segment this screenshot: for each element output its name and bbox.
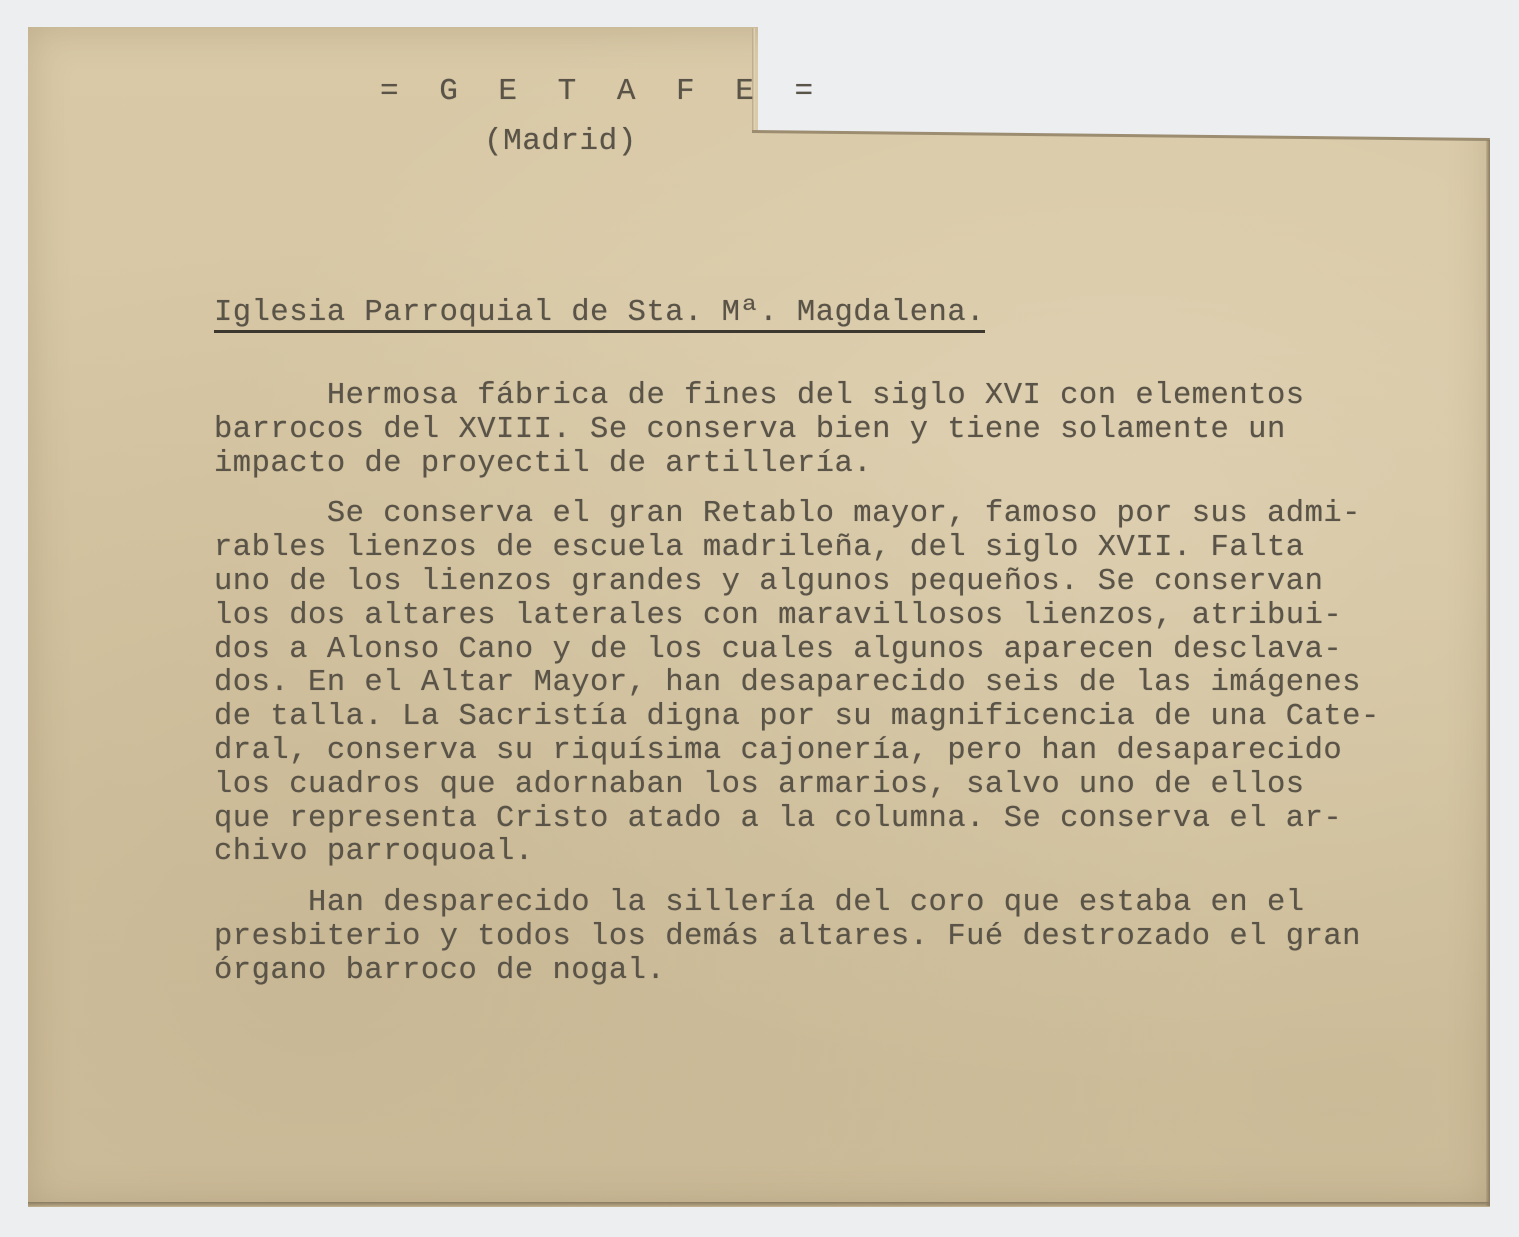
text-line: Han desparecido la sillería del coro que…: [214, 887, 1504, 921]
text-line: rables lienzos de escuela madrileña, del…: [214, 532, 1504, 566]
paragraph-2: Se conserva el gran Retablo mayor, famos…: [214, 498, 1504, 870]
paragraph-1: Hermosa fábrica de fines del siglo XVI c…: [214, 380, 1504, 481]
text-line: Hermosa fábrica de fines del siglo XVI c…: [214, 380, 1504, 414]
text-line: barrocos del XVIII. Se conserva bien y t…: [214, 414, 1504, 448]
text-line: los cuadros que adornaban los armarios, …: [214, 769, 1504, 803]
text-line: uno de los lienzos grandes y algunos peq…: [214, 566, 1504, 600]
text-line: los dos altares laterales con maravillos…: [214, 600, 1504, 634]
card-bottom-edge: [28, 1202, 1490, 1206]
province-subtitle: (Madrid): [484, 124, 637, 159]
document-body: Hermosa fábrica de fines del siglo XVI c…: [214, 380, 1504, 1006]
text-line: que representa Cristo atado a la columna…: [214, 803, 1504, 837]
text-line: dos a Alonso Cano y de los cuales alguno…: [214, 634, 1504, 668]
text-line: impacto de proyectil de artillería.: [214, 448, 1504, 482]
church-heading: Iglesia Parroquial de Sta. Mª. Magdalena…: [214, 296, 985, 333]
text-line: presbiterio y todos los demás altares. F…: [214, 921, 1504, 955]
text-line: de talla. La Sacristía digna por su magn…: [214, 701, 1504, 735]
text-line: dos. En el Altar Mayor, han desaparecido…: [214, 667, 1504, 701]
text-line: dral, conserva su riquísima cajonería, p…: [214, 735, 1504, 769]
text-line: órgano barroco de nogal.: [214, 955, 1504, 989]
text-line: chivo parroquoal.: [214, 836, 1504, 870]
text-line: Se conserva el gran Retablo mayor, famos…: [214, 498, 1504, 532]
town-title: = G E T A F E =: [380, 74, 824, 109]
paragraph-3: Han desparecido la sillería del coro que…: [214, 887, 1504, 988]
